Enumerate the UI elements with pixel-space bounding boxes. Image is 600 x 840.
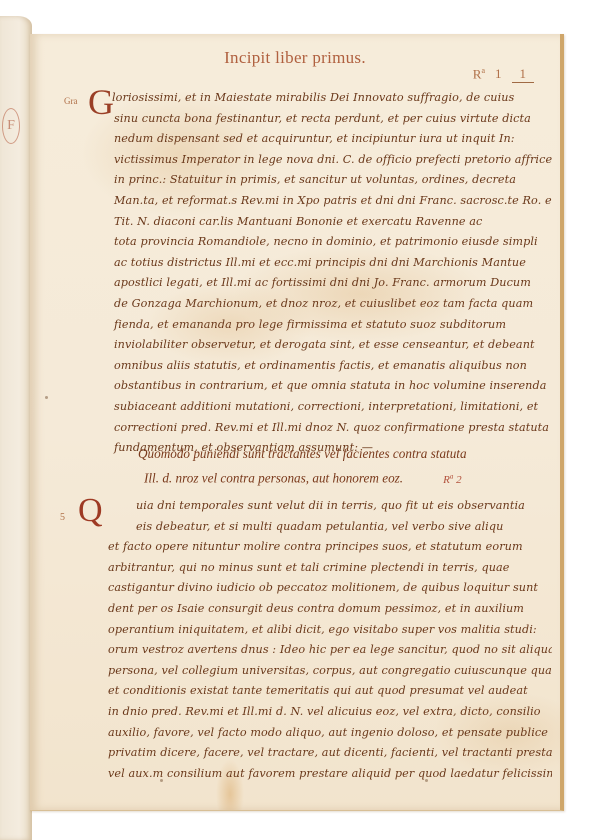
page-title: Incipit liber primus. <box>30 48 560 68</box>
rubric-line: Ill. d. nroz vel contra personas, aut ho… <box>30 465 560 492</box>
text-line: uia dni temporales sunt velut dii in ter… <box>52 496 552 517</box>
first-paragraph: loriosissimi, et in Maiestate mirabilis … <box>52 88 552 459</box>
manuscript-page: Incipit liber primus. Ra 1 1 Gra G lorio… <box>30 34 564 811</box>
text-line: dent per os Isaie consurgit deus contra … <box>52 599 552 620</box>
text-line: de Gonzaga Marchionum, et dnoz nroz, et … <box>52 294 552 315</box>
text-line: arbitrantur, qui no minus sunt et tali c… <box>52 558 552 579</box>
text-line: fienda, et emananda pro lege firmissima … <box>52 315 552 336</box>
text-line: correctioni pred. Rev.mi et Ill.mi dnoz … <box>52 418 552 439</box>
text-line: in dnio pred. Rev.mi et Ill.mi d. N. vel… <box>52 702 552 723</box>
text-line: in princ.: Statuitur in primis, et sanci… <box>52 170 552 191</box>
text-line: privatim dicere, facere, vel tractare, a… <box>52 743 552 764</box>
text-line: auxilio, favore, vel facto modo aliquo, … <box>52 723 552 744</box>
folio-number: 1 <box>512 66 535 83</box>
folio-marker: Ra 1 1 <box>473 66 534 83</box>
text-line: persona, vel collegium universitas, corp… <box>52 661 552 682</box>
rubric-folio-marker: Ra 2 <box>443 474 461 486</box>
text-line: et facto opere nituntur molire contra pr… <box>52 537 552 558</box>
text-line: tota provincia Romandiole, necno in domi… <box>52 232 552 253</box>
text-line: subiaceant additioni mutationi, correcti… <box>52 397 552 418</box>
text-line: omnibus aliis statutis, et ordinamentis … <box>52 356 552 377</box>
folio-separator: 1 <box>495 66 502 82</box>
paper-speck <box>425 779 428 782</box>
folio-prefix: Ra <box>473 66 485 82</box>
text-line: orum vestroz avertens dnus : Ideo hic pe… <box>52 640 552 661</box>
text-line: vel aux.m consilium aut favorem prestare… <box>52 764 552 785</box>
text-line: Man.ta, et reformat.s Rev.mi in Xpo patr… <box>52 191 552 212</box>
text-line: et conditionis existat tante temeritatis… <box>52 681 552 702</box>
text-line: eis debeatur, et si multi quadam petulan… <box>52 517 552 538</box>
text-line: Tit. N. diaconi car.lis Mantuani Bononie… <box>52 212 552 233</box>
left-page-initial: F <box>2 108 20 144</box>
text-line: ac totius districtus Ill.mi et ecc.mi pr… <box>52 253 552 274</box>
text-line: sinu cuncta bona festinantur, et recta p… <box>52 109 552 130</box>
text-line: inviolabiliter observetur, et derogata s… <box>52 335 552 356</box>
text-line: castigantur divino iudicio ob peccatoz m… <box>52 578 552 599</box>
text-line: operantium iniquitatem, et alibi dicit, … <box>52 620 552 641</box>
rubric-line: Quomodo puniendi sunt tractantes vel fac… <box>30 442 560 465</box>
text-line: victissimus Imperator in lege nova dni. … <box>52 150 552 171</box>
paper-speck <box>160 779 163 782</box>
text-line: nedum dispensant sed et acquiruntur, et … <box>52 129 552 150</box>
rubric-heading: Quomodo puniendi sunt tractantes vel fac… <box>30 442 560 492</box>
text-line: apostlici legati, et Ill.mi ac fortissim… <box>52 273 552 294</box>
paper-speck <box>45 396 48 399</box>
left-facing-page: F <box>0 16 32 840</box>
text-line: loriosissimi, et in Maiestate mirabilis … <box>52 88 552 109</box>
second-paragraph: uia dni temporales sunt velut dii in ter… <box>52 496 552 784</box>
text-line: obstantibus in contrarium, et que omnia … <box>52 376 552 397</box>
